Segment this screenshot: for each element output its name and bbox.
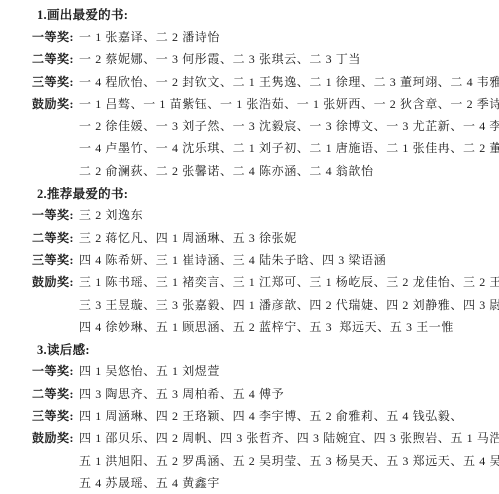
section: 1.画出最爱的书:一等奖:一 1 张嘉译、二 2 潘诗怡二等奖:一 2 蔡妮娜、… [0, 3, 499, 181]
award-label: 二等奖: [32, 50, 79, 67]
award-row: 三等奖:一 4 程欣怡、一 2 封钦文、二 1 王隽逸、二 1 徐理、二 3 董… [0, 70, 499, 92]
award-names: 三 3 王昱璇、三 3 张嘉毅、四 1 潘彦歆、四 2 代瑞婕、四 2 刘静雅、… [79, 296, 499, 313]
award-row: 五 4 苏晟瑶、五 4 黄鑫宇 [0, 471, 499, 493]
award-names: 三 2 蒋忆凡、四 1 周涵琳、五 3 徐张妮 [79, 229, 297, 246]
award-row: 鼓励奖:三 1 陈书瑶、三 1 褚奕言、三 1 江郑可、三 1 杨屹辰、三 2 … [0, 271, 499, 293]
award-row: 二等奖:三 2 蒋忆凡、四 1 周涵琳、五 3 徐张妮 [0, 226, 499, 248]
award-row: 一等奖:三 2 刘逸东 [0, 204, 499, 226]
award-label: 二等奖: [32, 385, 79, 402]
award-label: 一等奖: [32, 206, 79, 223]
award-row: 三等奖:四 1 周涵琳、四 2 王珞颖、四 4 李宇博、五 2 俞雅莉、五 4 … [0, 404, 499, 426]
award-names: 一 2 徐佳媛、一 3 刘子然、一 3 沈毅宸、一 3 徐博文、一 3 尤芷新、… [79, 117, 499, 134]
award-names: 一 4 卢墨竹、一 4 沈乐琪、二 1 刘子初、二 1 唐施语、二 1 张佳冉、… [79, 139, 499, 156]
award-label: 二等奖: [32, 229, 79, 246]
award-names: 一 1 张嘉译、二 2 潘诗怡 [79, 28, 220, 45]
award-label: 鼓励奖: [32, 273, 79, 290]
award-names: 三 1 陈书瑶、三 1 褚奕言、三 1 江郑可、三 1 杨屹辰、三 2 龙佳怡、… [79, 273, 499, 290]
award-label: 一等奖: [32, 28, 79, 45]
award-row: 一等奖:一 1 张嘉译、二 2 潘诗怡 [0, 25, 499, 47]
award-row: 一等奖:四 1 吴悠怡、五 1 刘煜萱 [0, 360, 499, 382]
section-title: 1.画出最爱的书: [0, 3, 499, 25]
award-row: 一 4 卢墨竹、一 4 沈乐琪、二 1 刘子初、二 1 唐施语、二 1 张佳冉、… [0, 137, 499, 159]
award-row: 一 2 徐佳媛、一 3 刘子然、一 3 沈毅宸、一 3 徐博文、一 3 尤芷新、… [0, 114, 499, 136]
award-label: 三等奖: [32, 73, 79, 90]
award-names: 一 4 程欣怡、一 2 封钦文、二 1 王隽逸、二 1 徐理、二 3 董珂翊、二… [79, 73, 499, 90]
award-label: 三等奖: [32, 407, 79, 424]
award-row: 二等奖:一 2 蔡妮娜、一 3 何彤霞、二 3 张琪云、二 3 丁当 [0, 48, 499, 70]
award-row: 三 3 王昱璇、三 3 张嘉毅、四 1 潘彦歆、四 2 代瑞婕、四 2 刘静雅、… [0, 293, 499, 315]
award-names: 三 2 刘逸东 [79, 206, 143, 223]
award-row: 五 1 洪旭阳、五 2 罗禹涵、五 2 吴玥莹、五 3 杨昊天、五 3 郑远天、… [0, 449, 499, 471]
section-title: 2.推荐最爱的书: [0, 181, 499, 203]
section-title: 3.读后感: [0, 337, 499, 359]
award-row: 四 4 徐妙琳、五 1 顾思涵、五 2 蓝梓宁、五 3 郑远天、五 3 王一惟 [0, 315, 499, 337]
award-names: 一 1 吕骜、一 1 苗紫钰、一 1 张浩茹、一 1 张妍西、一 2 狄含章、一… [79, 95, 499, 112]
award-names: 二 2 俞澜荻、二 2 张馨诺、二 4 陈亦涵、二 4 翁歆怡 [79, 162, 374, 179]
award-names: 五 1 洪旭阳、五 2 罗禹涵、五 2 吴玥莹、五 3 杨昊天、五 3 郑远天、… [79, 452, 499, 469]
award-row: 鼓励奖:四 1 邵贝乐、四 2 周帆、四 3 张哲齐、四 3 陆婉宜、四 3 张… [0, 427, 499, 449]
award-label: 一等奖: [32, 362, 79, 379]
award-names: 四 3 陶思齐、五 3 周柏希、五 4 傅予 [79, 385, 284, 402]
award-row: 二 2 俞澜荻、二 2 张馨诺、二 4 陈亦涵、二 4 翁歆怡 [0, 159, 499, 181]
award-label: 鼓励奖: [32, 95, 79, 112]
section: 2.推荐最爱的书:一等奖:三 2 刘逸东二等奖:三 2 蒋忆凡、四 1 周涵琳、… [0, 181, 499, 337]
section: 3.读后感:一等奖:四 1 吴悠怡、五 1 刘煜萱二等奖:四 3 陶思齐、五 3… [0, 337, 499, 493]
award-row: 二等奖:四 3 陶思齐、五 3 周柏希、五 4 傅予 [0, 382, 499, 404]
award-names: 四 1 周涵琳、四 2 王珞颖、四 4 李宇博、五 2 俞雅莉、五 4 钱弘毅、 [79, 407, 463, 424]
award-names: 四 4 徐妙琳、五 1 顾思涵、五 2 蓝梓宁、五 3 郑远天、五 3 王一惟 [79, 318, 454, 335]
award-names: 四 1 邵贝乐、四 2 周帆、四 3 张哲齐、四 3 陆婉宜、四 3 张煦岩、五… [79, 429, 499, 446]
award-label: 鼓励奖: [32, 429, 79, 446]
award-names: 四 4 陈希妍、三 1 崔诗涵、三 4 陆朱子晗、四 3 梁语涵 [79, 251, 386, 268]
award-names: 四 1 吴悠怡、五 1 刘煜萱 [79, 362, 220, 379]
award-row: 三等奖:四 4 陈希妍、三 1 崔诗涵、三 4 陆朱子晗、四 3 梁语涵 [0, 248, 499, 270]
award-names: 五 4 苏晟瑶、五 4 黄鑫宇 [79, 474, 220, 491]
document: 1.画出最爱的书:一等奖:一 1 张嘉译、二 2 潘诗怡二等奖:一 2 蔡妮娜、… [0, 0, 499, 494]
award-label: 三等奖: [32, 251, 79, 268]
award-row: 鼓励奖:一 1 吕骜、一 1 苗紫钰、一 1 张浩茹、一 1 张妍西、一 2 狄… [0, 92, 499, 114]
award-names: 一 2 蔡妮娜、一 3 何彤霞、二 3 张琪云、二 3 丁当 [79, 50, 361, 67]
